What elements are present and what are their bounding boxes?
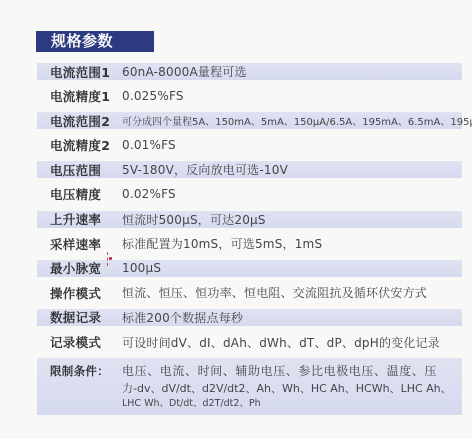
spec-value: 恒流时500μS，可达20μS xyxy=(122,211,462,228)
spec-label: 电压范围 xyxy=(37,161,122,179)
scan-mark-decoration xyxy=(107,252,111,266)
spec-row-current-accuracy-1: 电流精度1 0.025%FS xyxy=(37,88,462,105)
spec-label: 电流范围2 xyxy=(37,112,122,130)
spec-row-min-pulse-width: 最小脉宽 100μS xyxy=(37,260,462,277)
spec-value: 标准200个数据点每秒 xyxy=(122,309,462,326)
spec-row-voltage-range: 电压范围 5V-180V，反向放电可选-10V xyxy=(37,161,462,178)
limit-line: LHC Wh、Dt/dt、d2T/dt2、Ph xyxy=(122,397,462,410)
spec-row-data-recording: 数据记录 标准200个数据点每秒 xyxy=(37,309,462,326)
spec-label: 采样速率 xyxy=(37,235,122,253)
spec-label: 电压精度 xyxy=(37,185,122,203)
spec-table: 电流范围1 60nA-8000A量程可选 电流精度1 0.025%FS 电流范围… xyxy=(37,63,462,423)
spec-row-current-range-1: 电流范围1 60nA-8000A量程可选 xyxy=(37,63,462,80)
spec-value: 60nA-8000A量程可选 xyxy=(122,63,462,80)
spec-label: 操作模式 xyxy=(37,284,122,302)
limit-line: 电压、电流、时间、辅助电压、参比电极电压、温度、压 xyxy=(122,363,462,380)
spec-row-operation-mode: 操作模式 恒流、恒压、恒功率、恒电阻、交流阻抗及循环伏安方式 xyxy=(37,284,462,301)
spec-value: 可设时间dV、dI、dAh、dWh、dT、dP、dpH的变化记录 xyxy=(122,334,462,351)
spec-row-current-range-2: 电流范围2 可分成四个量程5A、150mA、5mA、150μA/6.5A、195… xyxy=(37,112,462,129)
spec-label: 数据记录 xyxy=(37,308,122,326)
spec-row-limit-conditions: 限制条件： 电压、电流、时间、辅助电压、参比电极电压、温度、压 力-dv、dV/… xyxy=(37,358,462,415)
spec-label: 上升速率 xyxy=(37,210,122,228)
spec-value: 恒流、恒压、恒功率、恒电阻、交流阻抗及循环伏安方式 xyxy=(122,284,462,301)
spec-value: 0.02%FS xyxy=(122,187,462,201)
limit-conditions-value: 电压、电流、时间、辅助电压、参比电极电压、温度、压 力-dv、dV/dt、d2V… xyxy=(122,358,462,410)
spec-label: 电流精度2 xyxy=(37,136,122,154)
spec-row-recording-mode: 记录模式 可设时间dV、dI、dAh、dWh、dT、dP、dpH的变化记录 xyxy=(37,334,462,351)
spec-row-rise-rate: 上升速率 恒流时500μS，可达20μS xyxy=(37,211,462,228)
spec-label: 记录模式 xyxy=(37,333,122,351)
spec-label: 限制条件： xyxy=(37,358,122,379)
spec-value: 0.025%FS xyxy=(122,89,462,103)
spec-label: 电流范围1 xyxy=(37,63,122,81)
spec-value: 5V-180V，反向放电可选-10V xyxy=(122,161,462,178)
spec-row-current-accuracy-2: 电流精度2 0.01%FS xyxy=(37,137,462,154)
limit-line: 力-dv、dV/dt、d2V/dt2、Ah、Wh、HC Ah、HCWh、LHC … xyxy=(122,380,462,397)
spec-value: 100μS xyxy=(122,261,462,275)
spec-value: 标准配置为10mS，可选5mS，1mS xyxy=(122,235,462,252)
spec-row-sampling-rate: 采样速率 标准配置为10mS，可选5mS，1mS xyxy=(37,235,462,252)
spec-value: 可分成四个量程5A、150mA、5mA、150μA/6.5A、195mA、6.5… xyxy=(122,113,472,128)
spec-label: 电流精度1 xyxy=(37,87,122,105)
section-title-banner: 规格参数 xyxy=(36,31,154,52)
spec-row-voltage-accuracy: 电压精度 0.02%FS xyxy=(37,186,462,203)
spec-value: 0.01%FS xyxy=(122,138,462,152)
